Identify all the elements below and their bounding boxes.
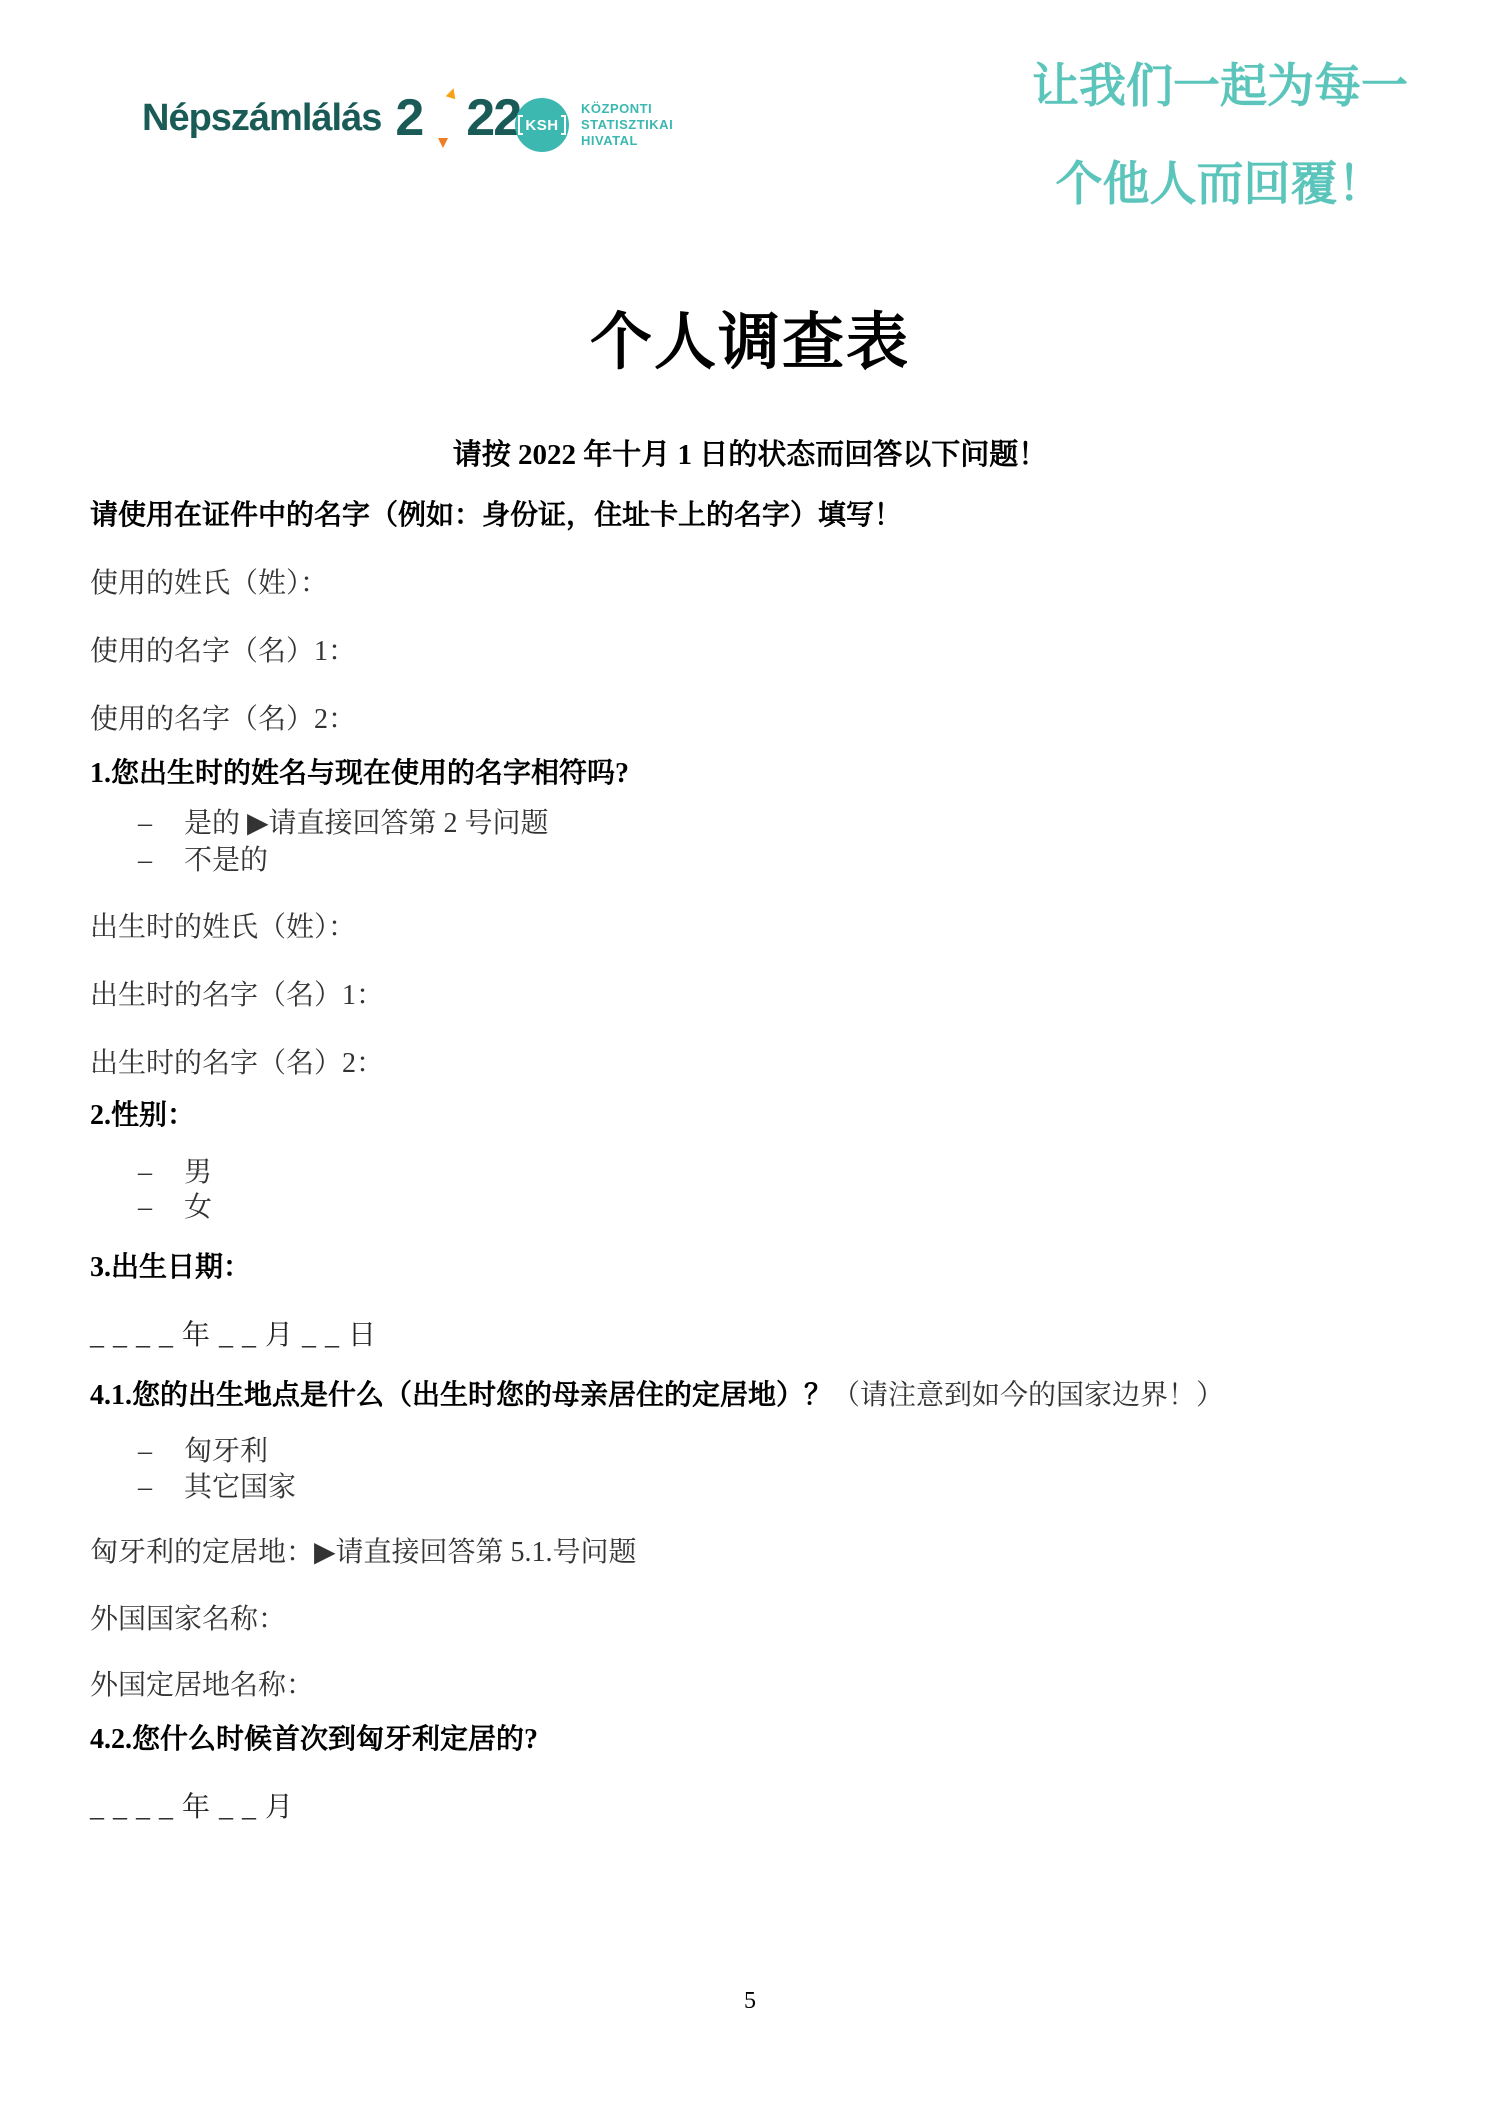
field-foreign-country: 外国国家名称： — [90, 1602, 286, 1638]
page-title: 个人调查表 — [0, 292, 1500, 381]
question-1-label: 1.您出生时的姓名与现在使用的名字相符吗? — [90, 756, 629, 792]
ksh-logo: KSH KÖZPONTI STATISZTIKAI HIVATAL — [515, 98, 673, 152]
option-label: 匈牙利 — [184, 1436, 268, 1467]
question-1-option-no: –不是的 — [138, 843, 268, 879]
dash-bullet-icon: – — [138, 1190, 184, 1226]
year-2022: 2 22 — [395, 88, 520, 148]
ksh-left-bracket-icon — [518, 115, 523, 135]
page-number: 5 — [0, 1988, 1500, 2015]
dash-bullet-icon: – — [138, 1470, 184, 1506]
option-label: 男 — [184, 1157, 212, 1188]
nepszamlalas-wordmark: Népszámlálás — [142, 97, 381, 140]
dash-bullet-icon: – — [138, 1155, 184, 1191]
ksh-line3: HIVATAL — [581, 133, 673, 149]
census-slogan: 让我们一起为每一 个他人而回覆！ — [1032, 56, 1408, 214]
option-label: 其它国家 — [184, 1472, 296, 1503]
pie-bottom-pointer-icon — [438, 138, 448, 148]
field-hungary-settlement: 匈牙利的定居地：▶请直接回答第 5.1.号问题 — [90, 1535, 637, 1571]
slogan-line1: 让我们一起为每一 — [1032, 56, 1408, 116]
ksh-right-bracket-icon — [561, 115, 566, 135]
question-4-1-text: 4.1.您的出生地点是什么（出生时您的母亲居住的定居地）？ — [90, 1380, 832, 1411]
field-used-given-name-2: 使用的名字（名）2： — [90, 702, 356, 738]
option-label: 不是的 — [184, 845, 268, 876]
field-birth-given-name-2: 出生时的名字（名）2： — [90, 1046, 384, 1082]
option-label: 女 — [184, 1192, 212, 1223]
question-2-option-female: –女 — [138, 1190, 212, 1226]
ksh-line2: STATISZTIKAI — [581, 117, 673, 133]
question-2-label: 2.性别： — [90, 1098, 195, 1134]
dash-bullet-icon: – — [138, 806, 184, 842]
dash-bullet-icon: – — [138, 1434, 184, 1470]
year-digit-2: 2 — [395, 88, 422, 148]
question-4-2-label: 4.2.您什么时候首次到匈牙利定居的? — [90, 1722, 538, 1758]
field-used-given-name-1: 使用的名字（名）1： — [90, 634, 356, 670]
question-2-option-male: –男 — [138, 1155, 212, 1191]
name-instruction: 请使用在证件中的名字（例如：身份证，住址卡上的名字）填写！ — [90, 498, 902, 534]
field-used-surname: 使用的姓氏（姓）： — [90, 566, 328, 602]
reference-date-instruction: 请按 2022 年十月 1 日的状态而回答以下问题！ — [0, 432, 1500, 473]
option-label: 是的 ▶请直接回答第 2 号问题 — [184, 808, 549, 839]
field-birth-surname: 出生时的姓氏（姓）： — [90, 910, 356, 946]
field-foreign-settlement: 外国定居地名称： — [90, 1668, 314, 1704]
dash-bullet-icon: – — [138, 843, 184, 879]
question-4-1-option-hungary: –匈牙利 — [138, 1434, 268, 1470]
question-3-label: 3.出生日期： — [90, 1250, 251, 1286]
question-1-option-yes: –是的 ▶请直接回答第 2 号问题 — [138, 806, 549, 842]
slogan-line2: 个他人而回覆！ — [1032, 154, 1408, 214]
ksh-full-name: KÖZPONTI STATISZTIKAI HIVATAL — [581, 101, 673, 149]
ksh-abbr: KSH — [525, 117, 558, 134]
ksh-circle-icon: KSH — [515, 98, 569, 152]
birth-date-blank: _ _ _ _ 年 _ _ 月 _ _ 日 — [90, 1318, 377, 1354]
year-digits-22: 22 — [466, 88, 520, 148]
ksh-line1: KÖZPONTI — [581, 101, 673, 117]
census-pie-logo-icon — [424, 98, 464, 138]
nepszamlalas-logo: Népszámlálás 2 22 — [142, 88, 520, 148]
field-birth-given-name-1: 出生时的名字（名）1： — [90, 978, 384, 1014]
questionnaire-page: Népszámlálás 2 22 KSH KÖZPONTI STATISZTI… — [0, 0, 1500, 2121]
question-4-1-note: （请注意到如今的国家边界！） — [832, 1380, 1224, 1411]
question-4-1-option-other-country: –其它国家 — [138, 1470, 296, 1506]
pie-top-pointer-icon — [446, 87, 459, 100]
settle-date-blank: _ _ _ _ 年 _ _ 月 — [90, 1790, 294, 1826]
question-4-1-label: 4.1.您的出生地点是什么（出生时您的母亲居住的定居地）？（请注意到如今的国家边… — [90, 1378, 1224, 1414]
